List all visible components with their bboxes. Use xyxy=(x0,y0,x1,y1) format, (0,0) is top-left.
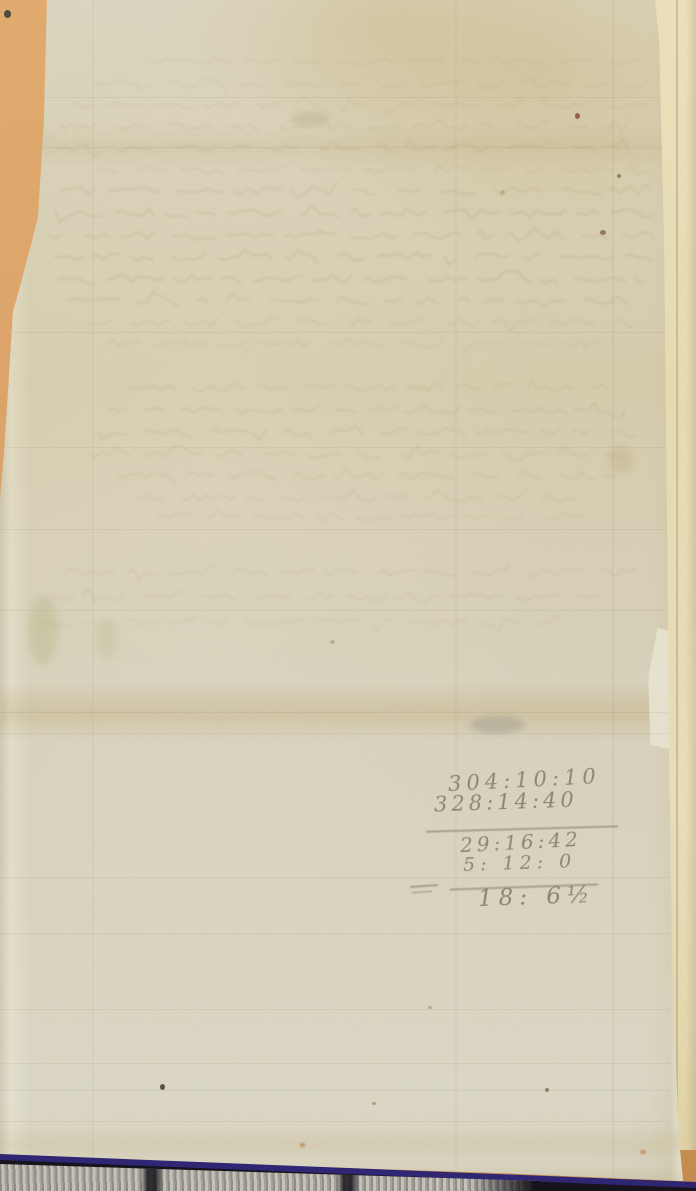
paper-speck xyxy=(4,10,11,18)
bleedthrough-stroke xyxy=(521,78,572,87)
bleedthrough-stroke xyxy=(295,405,321,412)
bleedthrough-stroke xyxy=(233,187,282,194)
bleedthrough-stroke xyxy=(58,278,94,284)
bleedthrough-stroke xyxy=(238,318,278,326)
bleedthrough-stroke xyxy=(383,103,413,114)
bleedthrough-stroke xyxy=(350,234,397,239)
bleedthrough-stroke xyxy=(98,169,117,174)
bleedthrough-stroke xyxy=(445,144,489,152)
bleedthrough-stroke xyxy=(196,212,215,215)
bleedthrough-stroke xyxy=(156,104,194,109)
bleedthrough-stroke xyxy=(592,384,607,389)
bleedthrough-stroke xyxy=(158,513,191,517)
bleedthrough-stroke xyxy=(328,123,353,130)
bleedthrough-stroke xyxy=(313,275,352,283)
bleedthrough-stroke xyxy=(139,167,166,172)
bleedthrough-stroke xyxy=(107,275,164,282)
bleedthrough-stroke xyxy=(368,126,397,129)
bleedthrough-stroke xyxy=(558,447,587,455)
bleedthrough-stroke xyxy=(612,209,654,217)
bleedthrough-stroke xyxy=(217,452,244,457)
bleedthrough-stroke xyxy=(292,60,322,63)
bleedthrough-stroke xyxy=(255,339,310,347)
bleedthrough-stroke xyxy=(240,83,266,87)
bleedthrough-stroke xyxy=(538,98,587,109)
bleedthrough-stroke xyxy=(203,595,237,600)
paper-crease xyxy=(0,1090,670,1091)
bleedthrough-stroke xyxy=(258,385,288,389)
bleedthrough-stroke xyxy=(469,409,496,412)
bleedthrough-stroke xyxy=(562,166,612,173)
bleedthrough-stroke xyxy=(211,429,266,440)
bleedthrough-stroke xyxy=(314,618,358,623)
bleedthrough-stroke xyxy=(540,429,559,436)
bleedthrough-stroke xyxy=(308,592,333,601)
bleedthrough-stroke xyxy=(345,385,395,391)
bleedthrough-stroke xyxy=(172,617,195,624)
bleedthrough-stroke xyxy=(144,408,164,410)
handwritten-sum-line-5: 18: 6½ xyxy=(478,882,596,912)
bleedthrough-stroke xyxy=(171,77,228,92)
bleedthrough-stroke xyxy=(604,139,630,152)
bleedthrough-stroke xyxy=(182,168,224,174)
bleedthrough-stroke xyxy=(292,183,337,198)
bleedthrough-stroke xyxy=(584,297,627,304)
bleedthrough-stroke xyxy=(378,570,417,576)
bleedthrough-stroke xyxy=(609,185,651,195)
bleedthrough-stroke xyxy=(128,386,175,390)
bleedthrough-stroke xyxy=(121,232,154,239)
bleedthrough-stroke xyxy=(176,189,223,193)
bleedthrough-stroke xyxy=(117,208,154,216)
bleedthrough-stroke xyxy=(403,514,457,520)
bleedthrough-stroke xyxy=(550,319,593,325)
bleedthrough-stroke xyxy=(306,453,340,457)
bleedthrough-stroke xyxy=(92,253,119,259)
bleedthrough-stroke xyxy=(181,407,222,412)
bleedthrough-stroke xyxy=(282,570,315,574)
bleedthrough-stroke xyxy=(378,253,432,259)
paper-speck xyxy=(575,113,580,119)
bleedthrough-stroke xyxy=(114,124,148,130)
bleedthrough-stroke xyxy=(285,231,335,238)
bleedthrough-stroke xyxy=(165,214,187,217)
paper-speck xyxy=(160,1084,165,1090)
bleedthrough-stroke xyxy=(167,122,213,129)
bleedthrough-stroke xyxy=(521,342,548,345)
bleedthrough-stroke xyxy=(585,84,607,88)
paper-speck xyxy=(640,1150,646,1154)
bleedthrough-stroke xyxy=(320,491,378,502)
bleedthrough-stroke xyxy=(253,514,303,519)
bleedthrough-stroke xyxy=(414,233,461,238)
bleedthrough-stroke xyxy=(512,210,566,218)
bleedthrough-stroke xyxy=(559,472,594,479)
bleedthrough-stroke xyxy=(368,406,397,411)
bleedthrough-stroke xyxy=(542,495,574,502)
bleedthrough-stroke xyxy=(132,257,153,261)
bleedthrough-stroke xyxy=(479,271,531,283)
paper-speck xyxy=(28,595,58,665)
bleedthrough-stroke xyxy=(52,594,73,600)
paper-crease xyxy=(0,1121,670,1122)
bleedthrough-stroke xyxy=(338,98,363,112)
bleedthrough-stroke xyxy=(338,253,365,260)
bleedthrough-stroke xyxy=(493,384,511,388)
bleedthrough-stroke xyxy=(482,124,493,126)
bleedthrough-stroke xyxy=(129,621,162,625)
bleedthrough-stroke xyxy=(405,406,460,414)
bleedthrough-stroke xyxy=(372,620,392,631)
paper-speck xyxy=(428,1006,432,1009)
paper-speck xyxy=(290,112,330,126)
bleedthrough-stroke xyxy=(90,447,131,457)
bleedthrough-stroke xyxy=(295,97,326,108)
bleedthrough-stroke xyxy=(425,571,457,576)
bleedthrough-stroke xyxy=(386,299,401,301)
bleedthrough-stroke xyxy=(219,250,272,260)
bleedthrough-stroke xyxy=(237,409,281,414)
bleedthrough-stroke xyxy=(157,342,205,347)
bleedthrough-stroke xyxy=(471,565,509,576)
bleedthrough-stroke xyxy=(603,120,630,133)
bleedthrough-stroke xyxy=(296,318,325,325)
ink-bleedthrough xyxy=(0,0,696,1191)
bleedthrough-stroke xyxy=(379,83,405,88)
paper-speck xyxy=(300,1143,305,1147)
bleedthrough-stroke xyxy=(420,81,465,87)
bleedthrough-stroke xyxy=(109,188,160,193)
bleedthrough-stroke xyxy=(476,231,493,239)
bleedthrough-stroke xyxy=(575,277,625,282)
handwritten-sum-line-4: 5: 12: 0 xyxy=(463,850,577,876)
bleedthrough-stroke xyxy=(576,210,598,215)
paper-crease xyxy=(0,97,670,98)
bleedthrough-stroke xyxy=(407,383,441,391)
bleedthrough-stroke xyxy=(516,595,559,601)
bleedthrough-stroke xyxy=(519,300,566,307)
bleedthrough-stroke xyxy=(435,166,469,172)
bleedthrough-stroke xyxy=(403,340,443,348)
bleedthrough-stroke xyxy=(336,410,357,413)
bleedthrough-stroke xyxy=(615,320,634,329)
bleedthrough-stroke xyxy=(563,340,601,348)
bleedthrough-stroke xyxy=(529,568,584,576)
bleedthrough-stroke xyxy=(610,60,638,65)
bleedthrough-stroke xyxy=(454,384,481,390)
bleedthrough-stroke xyxy=(396,594,439,603)
bleedthrough-stroke xyxy=(170,564,218,574)
bleedthrough-stroke xyxy=(203,58,232,64)
bleedthrough-stroke xyxy=(513,408,567,413)
paper-crease xyxy=(0,610,670,611)
bleedthrough-stroke xyxy=(257,594,290,599)
bleedthrough-stroke xyxy=(95,81,147,90)
bleedthrough-stroke xyxy=(409,59,444,63)
paper-crease xyxy=(0,733,670,734)
bleedthrough-stroke xyxy=(325,569,357,576)
bleedthrough-stroke xyxy=(546,513,582,520)
bleedthrough-stroke xyxy=(198,299,209,303)
bleedthrough-stroke xyxy=(55,256,82,259)
bleedthrough-stroke xyxy=(444,256,455,265)
bleedthrough-stroke xyxy=(50,236,60,239)
bleedthrough-stroke xyxy=(416,297,437,304)
bleedthrough-stroke xyxy=(460,342,503,353)
paper-speck xyxy=(608,444,634,474)
bleedthrough-stroke xyxy=(496,491,526,501)
paper-crease xyxy=(0,1009,670,1010)
paper-crease xyxy=(0,933,670,934)
bleedthrough-stroke xyxy=(461,59,478,64)
bleedthrough-stroke xyxy=(485,300,504,302)
bleedthrough-stroke xyxy=(418,428,465,436)
bleedthrough-stroke xyxy=(528,381,573,390)
bleedthrough-stroke xyxy=(338,297,370,305)
bleedthrough-stroke xyxy=(500,98,524,107)
bleedthrough-stroke xyxy=(229,472,276,479)
bleedthrough-stroke xyxy=(348,319,373,326)
bleedthrough-stroke xyxy=(318,513,344,520)
bleedthrough-stroke xyxy=(414,119,467,130)
bleedthrough-stroke xyxy=(299,205,338,216)
bleedthrough-stroke xyxy=(625,254,651,260)
bleedthrough-stroke xyxy=(577,594,599,598)
bleedthrough-stroke xyxy=(254,276,302,282)
bleedthrough-stroke xyxy=(635,278,646,282)
bleedthrough-stroke xyxy=(68,298,120,300)
bleedthrough-stroke xyxy=(150,59,196,62)
bleedthrough-stroke xyxy=(623,232,654,238)
bleedthrough-stroke xyxy=(143,430,191,438)
bleedthrough-stroke xyxy=(246,619,302,625)
bleedthrough-stroke xyxy=(303,385,334,388)
bleedthrough-stroke xyxy=(186,472,213,476)
paper-speck xyxy=(617,174,621,178)
bleedthrough-stroke xyxy=(357,517,390,520)
paper-crease xyxy=(0,1063,670,1064)
bleedthrough-stroke xyxy=(429,277,467,281)
bleedthrough-stroke xyxy=(476,429,528,433)
bleedthrough-stroke xyxy=(475,254,508,258)
bleedthrough-stroke xyxy=(173,275,212,282)
bleedthrough-stroke xyxy=(582,235,607,239)
bleedthrough-stroke xyxy=(294,473,325,479)
bleedthrough-stroke xyxy=(246,60,278,64)
bleedthrough-stroke xyxy=(320,141,360,149)
bleedthrough-stroke xyxy=(339,83,360,85)
paper-crease xyxy=(0,529,670,530)
bleedthrough-stroke xyxy=(560,256,614,260)
bleedthrough-stroke xyxy=(221,341,245,347)
bleedthrough-stroke xyxy=(505,227,562,241)
bleedthrough-stroke xyxy=(60,123,96,129)
bleedthrough-stroke xyxy=(257,102,281,108)
bleedthrough-stroke xyxy=(193,384,246,392)
bleedthrough-stroke xyxy=(447,318,481,325)
paper-speck xyxy=(600,230,606,235)
bleedthrough-stroke xyxy=(391,319,423,325)
bleedthrough-stroke xyxy=(98,433,126,439)
bleedthrough-stroke xyxy=(66,569,116,576)
bleedthrough-stroke xyxy=(602,568,636,577)
bleedthrough-stroke xyxy=(128,569,158,580)
paper-speck xyxy=(372,1102,376,1105)
bleedthrough-stroke xyxy=(231,124,261,129)
bleedthrough-stroke xyxy=(221,277,241,284)
bleedthrough-stroke xyxy=(626,166,646,173)
bleedthrough-stroke xyxy=(227,294,249,300)
paper-crease xyxy=(92,0,94,1191)
bleedthrough-stroke xyxy=(280,125,310,130)
paper-crease xyxy=(0,147,670,148)
bleedthrough-stroke xyxy=(207,509,239,517)
bleedthrough-stroke xyxy=(182,494,236,500)
paper-crease xyxy=(0,877,670,878)
bleedthrough-stroke xyxy=(568,126,587,127)
bleedthrough-stroke xyxy=(458,298,470,302)
bleedthrough-stroke xyxy=(358,453,378,459)
bleedthrough-stroke xyxy=(83,588,124,601)
bleedthrough-stroke xyxy=(364,168,419,173)
bleedthrough-stroke xyxy=(474,473,498,478)
paper-crease xyxy=(0,332,670,333)
photographed-manuscript: 304:10:10 328:14:40 29:16:42 5: 12: 0 18… xyxy=(0,0,696,1191)
bleedthrough-stroke xyxy=(524,253,541,260)
bleedthrough-stroke xyxy=(271,299,318,302)
bleedthrough-stroke xyxy=(331,338,385,347)
bleedthrough-stroke xyxy=(228,209,281,216)
bleedthrough-stroke xyxy=(285,251,318,263)
bleedthrough-stroke xyxy=(502,452,542,460)
bleedthrough-stroke xyxy=(207,619,227,624)
bleedthrough-stroke xyxy=(559,59,594,63)
paper-crease xyxy=(612,0,614,1191)
bleedthrough-stroke xyxy=(338,59,393,66)
bleedthrough-stroke xyxy=(575,402,626,418)
bleedthrough-stroke xyxy=(562,189,601,195)
bleedthrough-stroke xyxy=(404,447,439,458)
bleedthrough-stroke xyxy=(449,594,503,599)
bleedthrough-stroke xyxy=(138,496,163,500)
bleedthrough-stroke xyxy=(483,168,508,171)
bleedthrough-stroke xyxy=(55,212,101,222)
bleedthrough-stroke xyxy=(465,514,490,520)
bleedthrough-stroke xyxy=(85,234,109,238)
paper-crease xyxy=(455,0,457,1191)
bleedthrough-stroke xyxy=(60,187,94,194)
bleedthrough-stroke xyxy=(505,515,523,519)
bleedthrough-stroke xyxy=(265,145,300,152)
bleedthrough-stroke xyxy=(184,319,218,326)
paper-crease xyxy=(0,712,670,713)
bleedthrough-stroke xyxy=(351,208,371,217)
bleedthrough-stroke xyxy=(399,189,420,192)
bleedthrough-stroke xyxy=(145,590,185,599)
bleedthrough-stroke xyxy=(541,280,557,283)
bleedthrough-stroke xyxy=(405,140,434,151)
bleedthrough-stroke xyxy=(247,496,265,501)
bleedthrough-stroke xyxy=(480,619,518,631)
paper-crease xyxy=(0,447,670,448)
bleedthrough-stroke xyxy=(573,430,591,435)
bleedthrough-stroke xyxy=(627,81,647,87)
bleedthrough-stroke xyxy=(302,167,351,172)
bleedthrough-stroke xyxy=(534,617,557,625)
bleedthrough-stroke xyxy=(226,233,273,237)
bleedthrough-stroke xyxy=(264,452,294,455)
bleedthrough-stroke xyxy=(137,292,178,307)
bleedthrough-stroke xyxy=(492,319,537,331)
bleedthrough-stroke xyxy=(445,210,499,220)
bleedthrough-stroke xyxy=(478,81,503,88)
bleedthrough-stroke xyxy=(334,467,384,480)
bleedthrough-stroke xyxy=(517,122,549,129)
bleedthrough-stroke xyxy=(399,472,453,479)
under-page-shade xyxy=(686,0,696,1150)
bleedthrough-stroke xyxy=(381,210,426,217)
bleedthrough-stroke xyxy=(526,169,544,173)
bleedthrough-stroke xyxy=(174,235,214,240)
paper-speck xyxy=(96,620,118,660)
manuscript-page: 304:10:10 328:14:40 29:16:42 5: 12: 0 18… xyxy=(0,0,696,1191)
bleedthrough-stroke xyxy=(380,429,406,435)
bleedthrough-stroke xyxy=(283,429,312,438)
bleedthrough-stroke xyxy=(118,472,175,484)
paper-speck xyxy=(500,190,505,195)
bleedthrough-stroke xyxy=(131,320,170,325)
bleedthrough-stroke xyxy=(280,497,304,501)
bleedthrough-stroke xyxy=(233,569,267,575)
bleedthrough-stroke xyxy=(352,190,376,195)
paper-speck xyxy=(470,716,525,734)
bleedthrough-stroke xyxy=(329,425,362,433)
bleedthrough-stroke xyxy=(108,340,140,346)
bleedthrough-stroke xyxy=(283,83,324,87)
bleedthrough-stroke xyxy=(109,103,144,107)
bleedthrough-stroke xyxy=(440,191,474,194)
bleedthrough-stroke xyxy=(387,494,407,498)
paper-speck xyxy=(545,1088,549,1092)
bleedthrough-stroke xyxy=(491,58,544,65)
bleedthrough-stroke xyxy=(108,408,127,412)
bleedthrough-stroke xyxy=(205,102,239,109)
bleedthrough-stroke xyxy=(348,594,388,601)
bleedthrough-stroke xyxy=(411,620,467,625)
bleedthrough-stroke xyxy=(172,254,205,260)
paper-speck xyxy=(330,640,335,644)
under-page-crease xyxy=(676,0,678,1150)
bleedthrough-stroke xyxy=(520,471,541,478)
bleedthrough-stroke xyxy=(239,167,288,172)
bleedthrough-stroke xyxy=(364,277,407,283)
